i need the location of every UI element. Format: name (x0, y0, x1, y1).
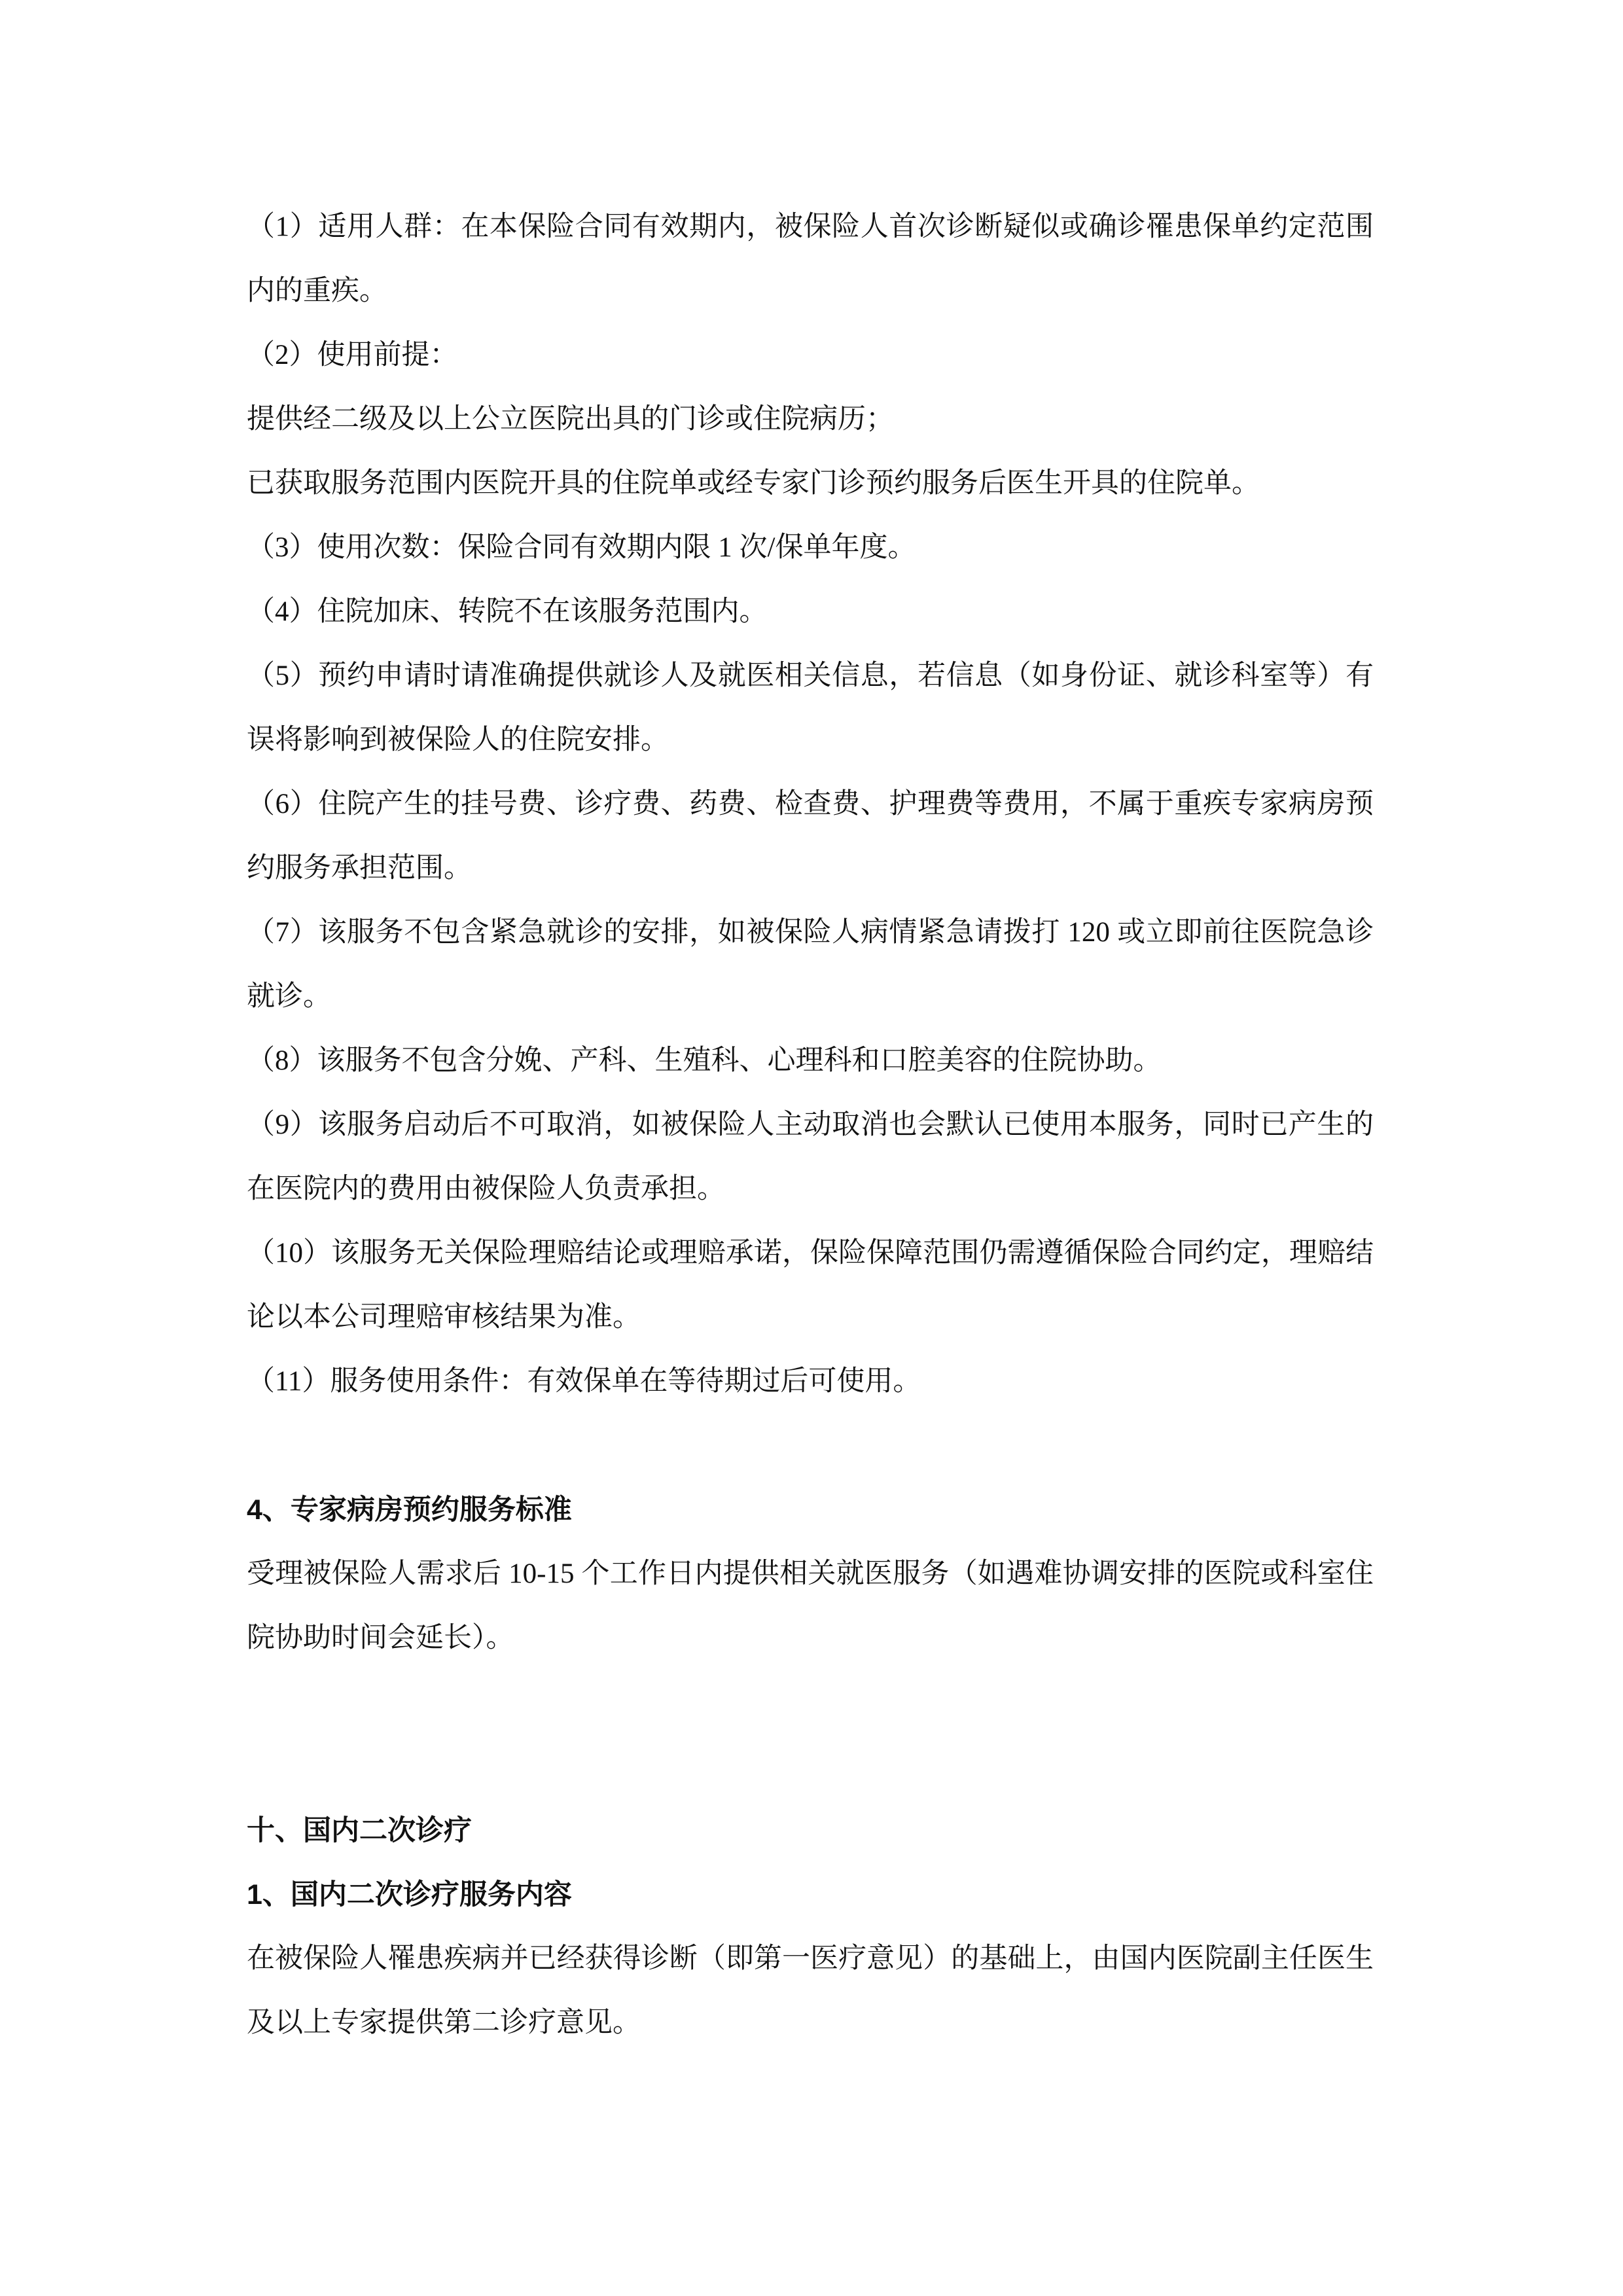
paragraph: （6）住院产生的挂号费、诊疗费、药费、检查费、护理费等费用，不属于重疾专家病房预… (247, 772, 1374, 901)
paragraph: （8）该服务不包含分娩、产科、生殖科、心理科和口腔美容的住院协助。 (247, 1029, 1374, 1093)
paragraph: 受理被保险人需求后 10-15 个工作日内提供相关就医服务（如遇难协调安排的医院… (247, 1542, 1374, 1670)
blank-line (247, 1670, 1374, 1734)
section-heading: 1、国内二次诊疗服务内容 (247, 1863, 1374, 1927)
blank-line (247, 1734, 1374, 1799)
paragraph: （5）预约申请时请准确提供就诊人及就医相关信息，若信息（如身份证、就诊科室等）有… (247, 644, 1374, 772)
paragraph: （9）该服务启动后不可取消，如被保险人主动取消也会默认已使用本服务，同时已产生的… (247, 1093, 1374, 1221)
paragraph: （4）住院加床、转院不在该服务范围内。 (247, 580, 1374, 644)
paragraph: （7）该服务不包含紧急就诊的安排，如被保险人病情紧急请拨打 120 或立即前往医… (247, 901, 1374, 1029)
paragraph: （2）使用前提： (247, 323, 1374, 387)
page: （1）适用人群：在本保险合同有效期内，被保险人首次诊断疑似或确诊罹患保单约定范围… (0, 0, 1623, 2296)
paragraph: 提供经二级及以上公立医院出具的门诊或住院病历； (247, 387, 1374, 452)
paragraph: （10）该服务无关保险理赔结论或理赔承诺，保险保障范围仍需遵循保险合同约定，理赔… (247, 1221, 1374, 1350)
paragraph: 已获取服务范围内医院开具的住院单或经专家门诊预约服务后医生开具的住院单。 (247, 452, 1374, 516)
section-heading: 4、专家病房预约服务标准 (247, 1478, 1374, 1542)
paragraph: 在被保险人罹患疾病并已经获得诊断（即第一医疗意见）的基础上，由国内医院副主任医生… (247, 1927, 1374, 2055)
paragraph: （11）服务使用条件：有效保单在等待期过后可使用。 (247, 1350, 1374, 1414)
section-heading: 十、国内二次诊疗 (247, 1799, 1374, 1863)
paragraph: （1）适用人群：在本保险合同有效期内，被保险人首次诊断疑似或确诊罹患保单约定范围… (247, 195, 1374, 323)
blank-line (247, 1414, 1374, 1478)
paragraph: （3）使用次数：保险合同有效期内限 1 次/保单年度。 (247, 516, 1374, 580)
document-body: （1）适用人群：在本保险合同有效期内，被保险人首次诊断疑似或确诊罹患保单约定范围… (247, 195, 1374, 2055)
